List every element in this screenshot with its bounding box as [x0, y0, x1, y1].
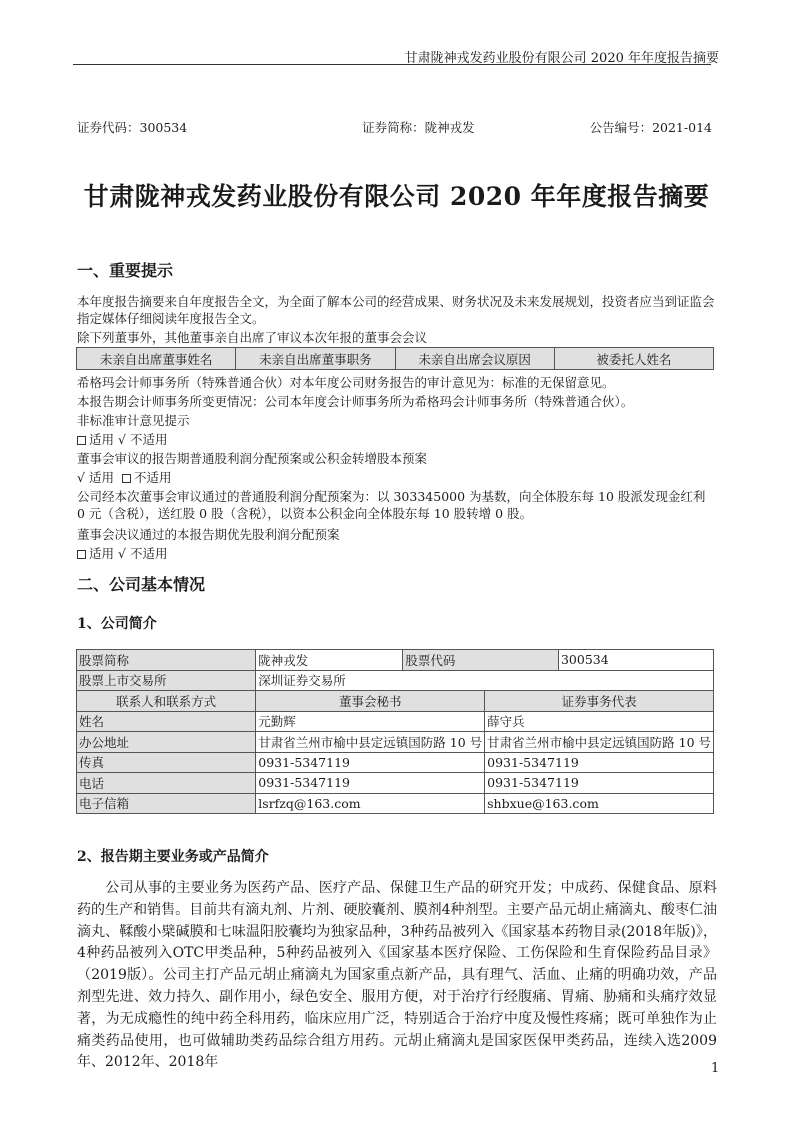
audit-opinion: 希格玛会计师事务所（特殊普通合伙）对本年度公司财务报告的审计意见为：标准的无保留… [77, 374, 615, 391]
table-row: 电话 0931-5347119 0931-5347119 [77, 773, 714, 794]
label-cell: 传真 [77, 752, 256, 773]
non-standard-choice: 适用 √ 不适用 [77, 431, 167, 448]
value-cell: 甘肃省兰州市榆中县定远镇国防路 10 号 [256, 732, 485, 753]
checkmark-icon: √ [77, 470, 85, 485]
table-header-cell: 被委托人姓名 [554, 348, 713, 370]
checkbox-icon [77, 436, 86, 445]
table-header-cell: 未亲自出席董事姓名 [77, 348, 236, 370]
table-header-cell: 董事会秘书 [256, 691, 485, 712]
table-row: 办公地址 甘肃省兰州市榆中县定远镇国防路 10 号 甘肃省兰州市榆中县定远镇国防… [77, 732, 714, 753]
table-header-row: 联系人和联系方式 董事会秘书 证券事务代表 [77, 691, 714, 712]
value-cell: shbxue@163.com [485, 793, 714, 814]
announcement-number: 公告编号：2021-014 [590, 118, 712, 136]
value-cell: 0931-5347119 [485, 752, 714, 773]
table-row: 股票简称 陇神戎发 股票代码 300534 [77, 650, 714, 671]
header-rule [73, 64, 711, 65]
value-cell: 0931-5347119 [256, 752, 485, 773]
intro-paragraph: 本年度报告摘要来自年度报告全文，为全面了解本公司的经营成果、财务状况及未来发展规… [77, 293, 717, 328]
value-cell: 薛守兵 [485, 711, 714, 732]
preferred-choice: 适用 √ 不适用 [77, 545, 167, 562]
dividend-choice: √ 适用 不适用 [77, 469, 171, 486]
dividend-plan: 公司经本次董事会审议通过的普通股利润分配预案为：以 303345000 为基数，… [77, 488, 717, 523]
label-cell: 电子信箱 [77, 793, 256, 814]
meta-row: 证券代码：300534 证券简称：陇神戎发 公告编号：2021-014 [77, 118, 712, 136]
business-paragraph: 公司从事的主要业务为医药产品、医疗产品、保健卫生产品的研究开发；中成药、保健食品… [77, 878, 717, 1074]
checkbox-icon [122, 474, 131, 483]
stock-code: 证券代码：300534 [77, 118, 187, 136]
page-number: 1 [711, 1061, 719, 1076]
checkmark-icon: √ [118, 546, 126, 561]
value-cell: 元勤辉 [256, 711, 485, 732]
table-row: 传真 0931-5347119 0931-5347119 [77, 752, 714, 773]
value-cell: 甘肃省兰州市榆中县定远镇国防路 10 号 [485, 732, 714, 753]
table-header-cell: 证券事务代表 [485, 691, 714, 712]
subsection-heading-business: 2、报告期主要业务或产品简介 [77, 846, 269, 866]
checkbox-icon [77, 550, 86, 559]
value-cell: lsrfzq@163.com [256, 793, 485, 814]
value-cell: 0931-5347119 [485, 773, 714, 794]
table-header-cell: 未亲自出席董事职务 [236, 348, 395, 370]
directors-note: 除下列董事外，其他董事亲自出席了审议本次年报的董事会会议 [77, 329, 427, 346]
table-header-row: 未亲自出席董事姓名 未亲自出席董事职务 未亲自出席会议原因 被委托人姓名 [77, 348, 714, 370]
non-standard-label: 非标准审计意见提示 [77, 412, 190, 429]
table-row: 股票上市交易所 深圳证券交易所 [77, 670, 714, 691]
checkmark-icon: √ [118, 432, 126, 447]
subsection-heading-profile: 1、公司简介 [77, 613, 157, 633]
document-title: 甘肃陇神戎发药业股份有限公司 2020 年年度报告摘要 [0, 177, 793, 213]
label-cell: 股票简称 [77, 650, 256, 671]
section-heading-important: 一、重要提示 [77, 258, 173, 281]
table-header-cell: 联系人和联系方式 [77, 691, 256, 712]
label-cell: 股票上市交易所 [77, 670, 256, 691]
section-heading-basic-info: 二、公司基本情况 [77, 572, 205, 595]
value-cell: 0931-5347119 [256, 773, 485, 794]
label-cell: 股票代码 [403, 650, 559, 671]
label-cell: 办公地址 [77, 732, 256, 753]
value-cell: 陇神戎发 [256, 650, 403, 671]
absent-directors-table: 未亲自出席董事姓名 未亲自出席董事职务 未亲自出席会议原因 被委托人姓名 [76, 347, 714, 370]
table-header-cell: 未亲自出席会议原因 [395, 348, 554, 370]
label-cell: 电话 [77, 773, 256, 794]
auditor-change: 本报告期会计师事务所变更情况：公司本年度会计师事务所为希格玛会计师事务所（特殊普… [77, 393, 633, 410]
stock-abbr: 证券简称：陇神戎发 [362, 118, 475, 136]
table-row: 电子信箱 lsrfzq@163.com shbxue@163.com [77, 793, 714, 814]
value-cell: 深圳证券交易所 [256, 670, 714, 691]
preferred-label: 董事会决议通过的本报告期优先股利润分配预案 [77, 526, 340, 543]
label-cell: 姓名 [77, 711, 256, 732]
table-row: 姓名 元勤辉 薛守兵 [77, 711, 714, 732]
company-profile-table: 股票简称 陇神戎发 股票代码 300534 股票上市交易所 深圳证券交易所 联系… [76, 649, 714, 814]
dividend-label: 董事会审议的报告期普通股利润分配预案或公积金转增股本预案 [77, 450, 427, 467]
value-cell: 300534 [558, 650, 713, 671]
